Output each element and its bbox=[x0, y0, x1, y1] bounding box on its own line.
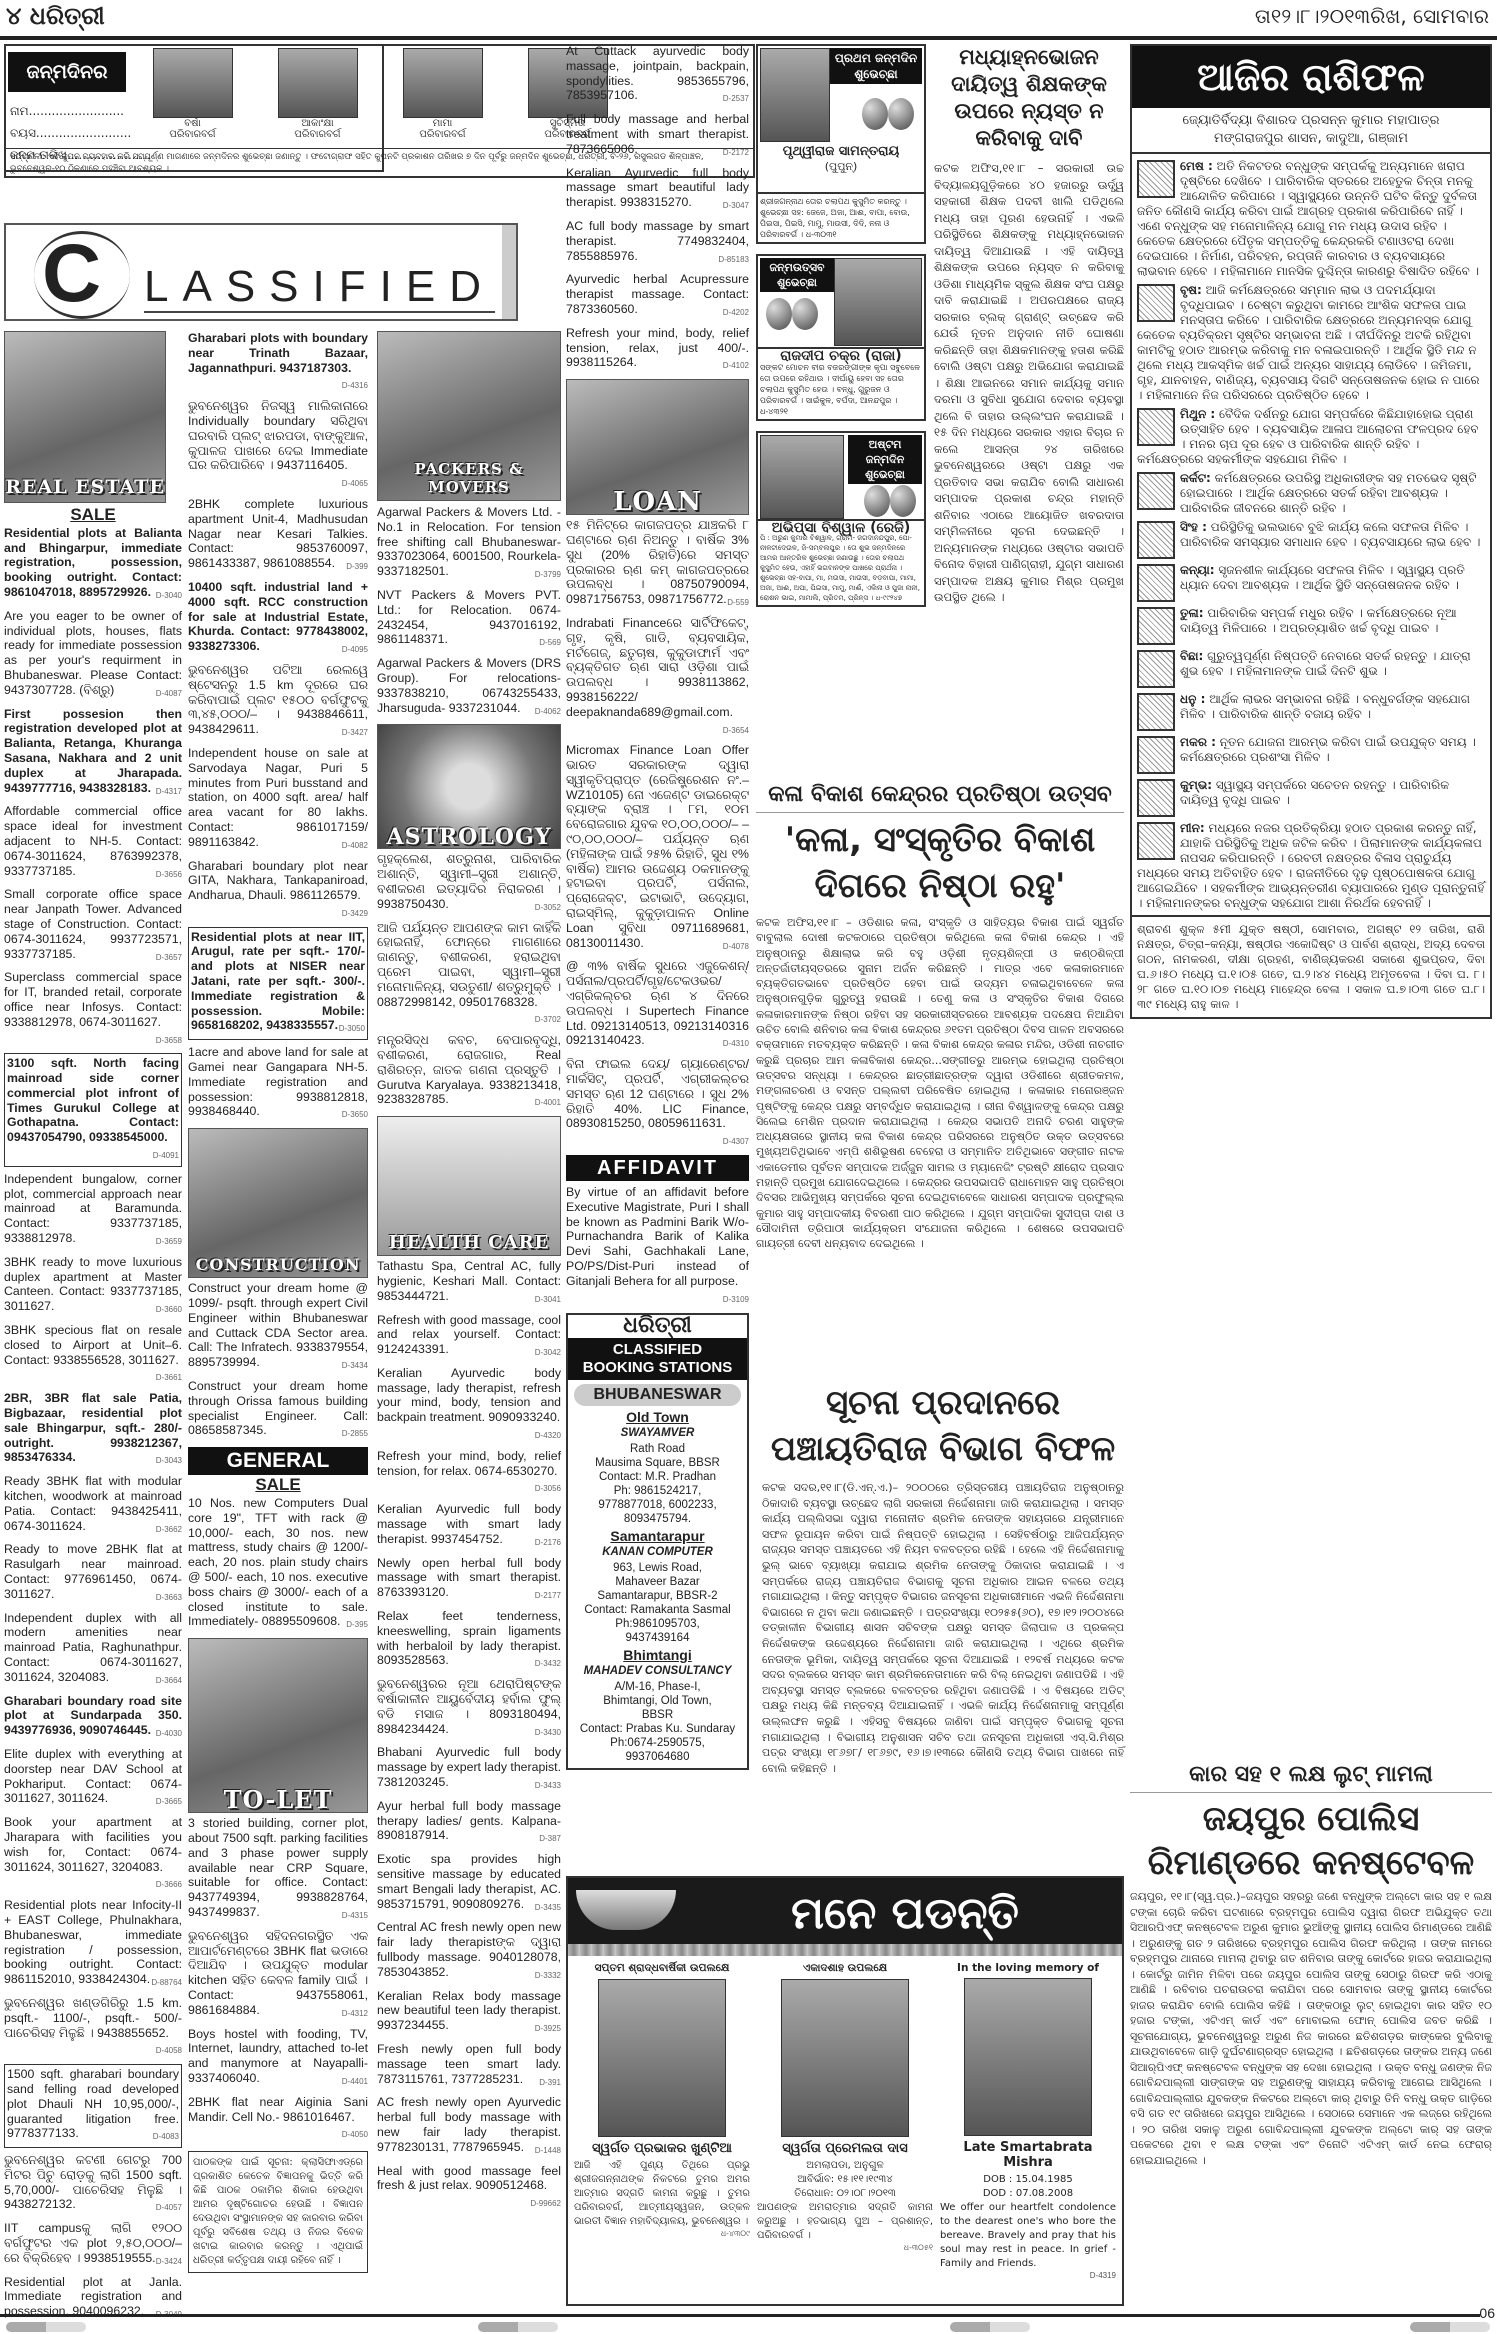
page-header: ୪ ଧରିତ୍ରୀ ତା୧୨।୮।୨୦୧୩ରିଖ, ସୋମବାର bbox=[0, 0, 1497, 34]
classified-ad: @ ୩% ବାର୍ଷିକ ସୁଧରେ ଏଜୁକେଶନ୍/ ପର୍ସନାଲ/ପ୍ର… bbox=[566, 959, 749, 1052]
rashi-entry: ବିଛା: ଗୁରୁତ୍ୱପୂର୍ଣ୍ଣ ନିଷ୍ପତ୍ତି ନେବାରେ ସତ… bbox=[1137, 649, 1485, 688]
construction-image: CONSTRUCTION bbox=[188, 1128, 368, 1278]
kid-card: ମାମାପରିବାରବର୍ଗ bbox=[403, 48, 483, 148]
page-label: ୪ ଧରିତ୍ରୀ bbox=[6, 2, 105, 30]
classified-ad: Independent house on sale at Sarvodaya N… bbox=[188, 746, 368, 854]
article-body: ଜୟପୁର, ୧୧।୮(ସ୍ୱ.ପ୍ର.)–ଜୟପୁର ସହରରୁ ଜଣେ ବନ… bbox=[1130, 1889, 1492, 2168]
classified-ad: Independent bungalow, corner plot, comme… bbox=[4, 1172, 182, 1250]
memorial-card: ଏକାଦଶାହ ଉପଲକ୍ଷେସ୍ୱର୍ଗତା ପ୍ରେମଲତା ଦାସଅମଲା… bbox=[757, 1962, 933, 2280]
classified-ad: Heal with good massage feel fresh & just… bbox=[377, 2164, 561, 2212]
memorial-title: ମନେ ପଡନ୍ତି bbox=[698, 1886, 1112, 1942]
wish-card: ଜନ୍ମଉତ୍ସବ ଶୁଭେଚ୍ଛା bbox=[756, 254, 926, 349]
rashi-entry: ବୃଷ: ଆଜି କର୍ମକ୍ଷେତ୍ରରେ ସମ୍ମାନ ଲାଭ ଓ ପଦମର… bbox=[1137, 283, 1485, 403]
header-rule bbox=[0, 36, 1497, 40]
classified-ad: Keralian Ayurvedic full body massage sma… bbox=[566, 166, 749, 214]
rashi-entry: କନ୍ୟା: ସୃଜନଶୀଳ କାର୍ଯ୍ୟରେ ସଫଳତା ମିଳିବ । ସ… bbox=[1137, 563, 1485, 602]
booking-title: CLASSIFIEDBOOKING STATIONS bbox=[568, 1338, 747, 1380]
zodiac-sign-icon bbox=[1137, 160, 1175, 198]
classified-ad: Ready to move 2BHK flat at Rasulgarh nea… bbox=[4, 1542, 182, 1605]
rashi-entry: ତୁଳା: ପାରିବାରିକ ସମ୍ପର୍କ ମଧୁର ରହିବ । କର୍ମ… bbox=[1137, 606, 1485, 645]
wish-card: ପ୍ରଥମ ଜନ୍ମଦିନ ଶୁଭେଚ୍ଛା ପୃଥ୍ୱୀରାଜ ସାମନ୍ତର… bbox=[756, 44, 926, 194]
booking-stations: ଧରିତ୍ରୀ CLASSIFIEDBOOKING STATIONS BHUBA… bbox=[566, 1313, 749, 1770]
memorial-section: ମନେ ପଡନ୍ତି ସପ୍ତମ ଶ୍ରାଦ୍ଧବାର୍ଷିକୀ ଉପଲକ୍ଷେ… bbox=[566, 1876, 1124, 2306]
classified-ad: ଭୁବନେଶ୍ୱର ନିଜସ୍ୱ ମାଲିକାନାରେ Individually… bbox=[188, 399, 368, 492]
rashi-entry: ମୀନ: ମଧ୍ୟରେ ନଜର ପ୍ରତିକ୍ରିୟା ହଠାତ ପ୍ରକାଶ … bbox=[1137, 821, 1485, 911]
classified-ad: 1acre and above land for sale at Gamei n… bbox=[188, 1045, 368, 1123]
issue-date: ତା୧୨।୮।୨୦୧୩ରିଖ, ସୋମବାର bbox=[1255, 4, 1489, 28]
horoscope-section: ଆଜିର ରାଶିଫଳ ଜ୍ୟୋତିର୍ବିଦ୍ୟା ବିଶାରଦ ପ୍ରସନ୍… bbox=[1130, 44, 1492, 1019]
zodiac-sign-icon bbox=[1137, 408, 1175, 446]
memorial-banner: ମନେ ପଡନ୍ତି bbox=[568, 1878, 1122, 1956]
booking-station: BhimtangiMAHADEV CONSULTANCYA/M-16, Phas… bbox=[568, 1648, 747, 1764]
classified-ad: Keralian Relax body massage new beautifu… bbox=[377, 1989, 561, 2037]
classified-ad: ଭୁବନେଶ୍ୱର କଟଣୀ ଗେଟରୁ 700 ମିଟର ପିଚୁ ରୋଡ଼କ… bbox=[4, 2153, 182, 2216]
classified-ad: Independent duplex with all modern ameni… bbox=[4, 1611, 182, 1689]
wish-message: ଶ୍ରୀଜଗନ୍ନାଥ ତୋର ଚଲାପଥ କୁସୁମିତ କରନ୍ତୁ । ଶ… bbox=[756, 194, 926, 244]
astrology-image: ASTROLOGY bbox=[377, 724, 561, 849]
panjika: ଶ୍ରାବଣ ଶୁକ୍ଳ ୫ମୀ ଯୁକ୍ତ ଷଷ୍ଠୀ, ସୋମବାର, ଅଗ… bbox=[1132, 915, 1490, 1017]
zodiac-sign-icon bbox=[1137, 779, 1175, 817]
classified-ad: Central AC fresh newly open new fair lad… bbox=[377, 1920, 561, 1983]
headline: ସୂଚନା ପ୍ରଦାନରେ ପଞ୍ଚାୟତିରାଜ ବିଭାଗ ବିଫଳ bbox=[762, 1380, 1124, 1472]
memorial-card: In the loving memory ofLate Smartabrata … bbox=[940, 1962, 1116, 2280]
classified-ad: Elite duplex with everything at doorstep… bbox=[4, 1747, 182, 1810]
horoscope-title: ଆଜିର ରାଶିଫଳ bbox=[1132, 46, 1490, 108]
headline: ଜୟପୁର ପୋଲିସ ରିମାଣ୍ଡରେ କନଷ୍ଟେବଳ bbox=[1130, 1797, 1492, 1885]
kid-card: ବର୍ଷାପରିବାରବର୍ଗ bbox=[153, 48, 233, 148]
classified-ad: 3100 sqft. North facing mainroad side co… bbox=[4, 1053, 182, 1167]
rashi-entry: ମେଷ : ଅତି ନିକଟତର ବନ୍ଧୁଙ୍କ ସମ୍ପର୍କକୁ ଅନ୍ୟ… bbox=[1137, 159, 1485, 279]
classified-ad: ଗୃହକ୍ଲେଶ, ଶତ୍ରୁନାଶ, ପାରିବାରିକ ଅଶାନ୍ତି, ସ… bbox=[377, 852, 561, 915]
general-heading: GENERAL bbox=[188, 1447, 368, 1475]
classified-ad: 2BR, 3BR flat sale Patia, Bigbazaar, res… bbox=[4, 1391, 182, 1469]
sale-heading: SALE bbox=[4, 508, 182, 523]
scrollbar-thumb[interactable] bbox=[1410, 2322, 1490, 2332]
classified-ad: Full body massage and herbal treatment w… bbox=[566, 112, 749, 160]
article-body: କଟକ ଅଫିସ,୧୧।୮ – ଓଡିଶାର କଳା, ସଂସ୍କୃତି ଓ ସ… bbox=[756, 915, 1124, 1252]
classified-ad: Relax feet tenderness, kneeswelling, spr… bbox=[377, 1609, 561, 1672]
scrollbar-thumb[interactable] bbox=[6, 2322, 86, 2332]
classified-ad: Refresh your mind, body, relief tension,… bbox=[377, 1449, 561, 1497]
classified-ad: 2BHK complete luxurious apartment Unit-4… bbox=[188, 497, 368, 575]
wish-card: ଅଷ୍ଟମ ଜନ୍ମଦିନ ଶୁଭେଚ୍ଛା bbox=[756, 431, 926, 521]
classified-ad: Keralian Ayurvedic full body massage wit… bbox=[377, 1502, 561, 1550]
classified-ad: ଭୁବନେଶ୍ୱରର ନୂଆ ଥେରାପିଷ୍ଟଙ୍କ ବର୍ଷାକାଳୀନ ଆ… bbox=[377, 1677, 561, 1740]
loan-image: LOAN bbox=[566, 379, 749, 515]
kicker: କାର ସହ ୧ ଲକ୍ଷ ଲୁଟ୍ ମାମଲା bbox=[1130, 1760, 1492, 1793]
classified-ad: First possesion then registration develo… bbox=[4, 707, 182, 800]
wish-message: ରାଜଦୀପ ଚକ୍ର (ରାଜା)ସଙ୍କଟ ମୋଚନ ବୀର ବଜରଙ୍ଗୀ… bbox=[756, 349, 926, 421]
classified-ad: Construct your dream home through Orissa… bbox=[188, 1379, 368, 1442]
to-let-image: TO-LET bbox=[188, 1638, 368, 1813]
classified-ad: Residential plots at near IIT, Arugul, r… bbox=[188, 927, 368, 1041]
classified-ad: Exotic spa provides high sensitive massa… bbox=[377, 1852, 561, 1915]
balloons-icon bbox=[766, 298, 818, 335]
rashi-entry: କୁମ୍ଭ: ସ୍ୱାସ୍ଥ୍ୟ ସମ୍ପର୍କରେ ସଚେତନ ରହନ୍ତୁ … bbox=[1137, 778, 1485, 817]
affidavit-heading: AFFIDAVIT bbox=[566, 1155, 749, 1181]
wishes-column: ପ୍ରଥମ ଜନ୍ମଦିନ ଶୁଭେଚ୍ଛା ପୃଥ୍ୱୀରାଜ ସାମନ୍ତର… bbox=[756, 44, 926, 607]
classified-ad: AC fresh newly open Ayurvedic herbal ful… bbox=[377, 2095, 561, 2158]
classified-ad: Superclass commercial space for IT, bran… bbox=[4, 970, 182, 1048]
classified-ad: Construct your dream home @ 1099/- psqft… bbox=[188, 1281, 368, 1374]
kid-photo bbox=[278, 48, 358, 118]
classified-ad: 1500 sqft. gharabari boundary sand felli… bbox=[4, 2064, 182, 2148]
classified-ad: Book your apartment at Jharapara with fa… bbox=[4, 1815, 182, 1893]
column-3: Agarwal Packers & Movers Ltd. - No.1 in … bbox=[377, 505, 561, 2217]
booking-logo: ଧରିତ୍ରୀ bbox=[568, 1315, 747, 1338]
rashi-entry: ମିଥୁନ : ବୈଦିକ ଦର୍ଶନରୁ ଯୋଗ ସମ୍ପର୍କରେ କିଛି… bbox=[1137, 407, 1485, 467]
classified-ad: NVT Packers & Movers PVT. Ltd.: for Relo… bbox=[377, 588, 561, 651]
classified-ad: Bhabani Ayurvedic full body massage by e… bbox=[377, 1745, 561, 1793]
article-body: କଟକ ସଦର,୧୧।୮(ଡି.ଏନ୍.ଏ.)– ୨୦୦୦ରେ ତ୍ରିସ୍ତର… bbox=[762, 1480, 1124, 1776]
booking-station: SamantarapurKANAN COMPUTER963, Lewis Roa… bbox=[568, 1529, 747, 1645]
zodiac-sign-icon bbox=[1137, 564, 1175, 602]
rashi-entry: ମକର : ନୂତନ ଯୋଜନା ଆରମ୍ଭ କରିବା ପାଇଁ ଉପଯୁକ୍… bbox=[1137, 735, 1485, 774]
news-jaypur-police: କାର ସହ ୧ ଲକ୍ଷ ଲୁଟ୍ ମାମଲା ଜୟପୁର ପୋଲିସ ରିମ… bbox=[1130, 1760, 1492, 2168]
classified-banner: C LASSIFIED bbox=[4, 223, 518, 321]
classified-ad: Affordable commercial office space ideal… bbox=[4, 804, 182, 882]
classified-ad: 3BHK ready to move luxurious duplex apar… bbox=[4, 1255, 182, 1318]
flower-garland bbox=[568, 1944, 1122, 1956]
kid-card: ଆକାଂକ୍ଷାପରିବାରବର୍ଗ bbox=[278, 48, 358, 148]
diya-lamp-icon bbox=[576, 1890, 676, 1930]
zodiac-sign-icon bbox=[1137, 284, 1175, 322]
real-estate-image: REAL ESTATE bbox=[4, 331, 166, 503]
kid-photo bbox=[403, 48, 483, 118]
classified-ad: Are you eager to be owner of individual … bbox=[4, 609, 182, 702]
classified-ad: Residential plots near Infocity-II + EAS… bbox=[4, 1898, 182, 1991]
wish-photo bbox=[834, 258, 922, 346]
classified-ad: Ready 3BHK flat with modular kitchen, wo… bbox=[4, 1474, 182, 1537]
astrologer-credit: ଜ୍ୟୋତିର୍ବିଦ୍ୟା ବିଶାରଦ ପ୍ରସନ୍ନ କୁମାର ମହାପ… bbox=[1132, 108, 1490, 154]
zodiac-sign-icon bbox=[1137, 607, 1175, 645]
column-2: Gharabari plots with boundary near Trina… bbox=[188, 331, 368, 2273]
classified-ad: IIT campusକୁ ଲାଗି ୧୨୦୦ ବର୍ଗଫୁଟର ଏକ plot … bbox=[4, 2221, 182, 2269]
classified-ad: ଭୁବନେଶ୍ୱର ସହିଦନଗରସ୍ଥିତ ଏକ ଆପାର୍ଟମେଣ୍ଟରେ … bbox=[188, 1929, 368, 2022]
classified-ad: ବିନା ଫାଇଲ ଦେୟ/ ଗ୍ୟାରେଣ୍ଟର/ ମାର୍କସିଟ୍, ପ୍… bbox=[566, 1057, 749, 1150]
scrollbar-thumb[interactable] bbox=[950, 2322, 1030, 2332]
zodiac-sign-icon bbox=[1137, 472, 1175, 510]
zodiac-sign-icon bbox=[1137, 650, 1175, 688]
booking-city: BHUBANESWAR bbox=[574, 1384, 741, 1406]
classified-ad: Ayurvedic herbal Acupressure therapist m… bbox=[566, 272, 749, 320]
column-4: At Cuttack ayurvedic body massage, joint… bbox=[566, 44, 749, 1770]
wish-message: ଅଭିପ୍ସା ବିଶ୍ୱାଳ (ରେଜି)ପି : ଅରୁଣ କୁମାର ବି… bbox=[756, 521, 926, 607]
birthday-kids: ବର୍ଷାପରିବାରବର୍ଗ ଆକାଂକ୍ଷାପରିବାରବର୍ଗ ମାମାପ… bbox=[130, 48, 630, 148]
footer-rule bbox=[0, 2314, 1480, 2317]
article-body: କଟକ ଅଫିସ,୧୧।୮ – ସରକାରୀ ଉଚ୍ଚ ବିଦ୍ୟାଳୟଗୁଡ଼… bbox=[934, 160, 1124, 606]
classified-ad: Boys hostel with fooding, TV, Internet, … bbox=[188, 2027, 368, 2090]
zodiac-sign-icon bbox=[1137, 693, 1175, 731]
classified-ad: Agarwal Packers & Movers (DRS Group). Fo… bbox=[377, 656, 561, 719]
classified-ad: Micromax Finance Loan Offer ଭାରତ ସରକାରଙ୍… bbox=[566, 743, 749, 954]
reader-notice: ପାଠକଙ୍କ ପାଇଁ ସୂଚନା: କ୍ଲାସିଫାଏଡ୍‌ରେ ପ୍ରକା… bbox=[188, 2151, 368, 2273]
classified-ad: 2BHK flat near Aiginia Sani Mandir. Cell… bbox=[188, 2095, 368, 2143]
classified-ad: Gharabari boundary plot near GITA, Nakha… bbox=[188, 859, 368, 922]
kicker: କଳା ବିକାଶ କେନ୍ଦ୍ରର ପ୍ରତିଷ୍ଠା ଉତ୍ସବ bbox=[756, 780, 1124, 813]
classified-ad: 10 Nos. new Computers Dual core 19", TFT… bbox=[188, 1496, 368, 1633]
packers-movers-image: PACKERS & MOVERS bbox=[377, 331, 561, 501]
affidavit-ad: By virtue of an affidavit before Executi… bbox=[566, 1185, 749, 1307]
classified-ad: ୧୫ ମିନିଟ୍‌ରେ କାଗଜପତ୍ର ଯାଞ୍ଚକରି ୮ ଘଣ୍ଟାରେ… bbox=[566, 518, 749, 611]
classified-ad: Residential plots at Balianta and Bhinga… bbox=[4, 526, 182, 604]
classified-ad: Refresh your mind, body, relief tension,… bbox=[566, 326, 749, 374]
zodiac-sign-icon bbox=[1137, 521, 1175, 559]
classified-ad: At Cuttack ayurvedic body massage, joint… bbox=[566, 44, 749, 107]
classified-ad: Gharabari boundary road site plot at Sun… bbox=[4, 1694, 182, 1742]
news-panchayatiraj: ସୂଚନା ପ୍ରଦାନରେ ପଞ୍ଚାୟତିରାଜ ବିଭାଗ ବିଫଳ କଟ… bbox=[762, 1380, 1124, 1776]
general-sale-heading: SALE bbox=[188, 1478, 368, 1493]
classified-ad: Fresh newly open full body massage teen … bbox=[377, 2042, 561, 2090]
booking-station: Old TownSWAYAMVERRath RoadMausima Square… bbox=[568, 1410, 747, 1526]
headline: 'କଳା, ସଂସ୍କୃତିର ବିକାଶ ଦିଗରେ ନିଷ୍ଠା ରହୁ' bbox=[756, 817, 1124, 909]
kid-photo bbox=[153, 48, 233, 118]
rashi-entry: କର୍କଟ: କର୍ମକ୍ଷେତ୍ରରେ ଉପରିସ୍ଥ ଅଧିକାରୀଙ୍କ … bbox=[1137, 471, 1485, 516]
classified-ad: Refresh with good massage, cool and rela… bbox=[377, 1313, 561, 1361]
classified-ad: Tathastu Spa, Central AC, fully hygienic… bbox=[377, 1259, 561, 1307]
news-midday-meal: ମଧ୍ୟାହ୍ନଭୋଜନ ଦାୟିତ୍ୱ ଶିକ୍ଷକଙ୍କ ଉପରେ ନ୍ୟସ… bbox=[934, 44, 1124, 606]
zodiac-sign-icon bbox=[1137, 822, 1175, 860]
classified-ad: Agarwal Packers & Movers Ltd. - No.1 in … bbox=[377, 505, 561, 583]
memorial-photo bbox=[598, 1979, 726, 2137]
health-care-image: HEALTH CARE bbox=[377, 1116, 561, 1256]
real-estate-column: SALE Residential plots at Balianta and B… bbox=[4, 505, 182, 2328]
news-kala-vikash: କଳା ବିକାଶ କେନ୍ଦ୍ରର ପ୍ରତିଷ୍ଠା ଉତ୍ସବ 'କଳା,… bbox=[756, 780, 1124, 1252]
rashi-entry: ସିଂହ : ପରିସ୍ଥିତିକୁ ଭଲଭାବେ ବୁଝି କାର୍ଯ୍ୟ କ… bbox=[1137, 520, 1485, 559]
classified-ad: 3 storied building, corner plot, about 7… bbox=[188, 1816, 368, 1924]
classified-ad: Gharabari plots with boundary near Trina… bbox=[188, 331, 368, 394]
wish-photo bbox=[760, 48, 830, 142]
classified-ad: Indrabati Financeରେ ସାର୍ଟିଫିକେଟ୍, ଗୃହ, କ… bbox=[566, 616, 749, 738]
balloons-icon bbox=[862, 98, 914, 135]
zodiac-sign-icon bbox=[1137, 736, 1175, 774]
classified-ad: AC full body massage by smart therapist.… bbox=[566, 219, 749, 267]
headline: ମଧ୍ୟାହ୍ନଭୋଜନ ଦାୟିତ୍ୱ ଶିକ୍ଷକଙ୍କ ଉପରେ ନ୍ୟସ… bbox=[934, 44, 1124, 152]
classified-ad: 10400 sqft. industrial land + 4000 sqft.… bbox=[188, 580, 368, 658]
memorial-card: ସପ୍ତମ ଶ୍ରାଦ୍ଧବାର୍ଷିକୀ ଉପଲକ୍ଷେସ୍ୱର୍ଗତ ପ୍ର… bbox=[574, 1962, 750, 2280]
wish-photo bbox=[760, 435, 844, 519]
classified-ad: 3BHK specious flat on resale closed to A… bbox=[4, 1323, 182, 1386]
classified-ad: ମନ୍ତ୍ରସିଦ୍ଧ କବଚ, ବେପାରବୃଦ୍ଧି, ବଶୀକରଣ, ରୋ… bbox=[377, 1033, 561, 1111]
classified-ad: Ayur herbal full body massage therapy la… bbox=[377, 1799, 561, 1847]
classified-ad: ଆଜି ପର୍ଯ୍ୟନ୍ତ ଆପଣଙ୍କ କାମ କାହିଁକି ହୋଇନାହି… bbox=[377, 921, 561, 1029]
classified-ad: ଭୁବନେଶ୍ୱର ଖଣ୍ଡଗିରିରୁ 1.5 km. psqft.- 110… bbox=[4, 1996, 182, 2059]
memorial-photo bbox=[781, 1979, 909, 2137]
scrollbar-thumb[interactable] bbox=[478, 2322, 558, 2332]
page-number: 06 bbox=[1479, 2305, 1495, 2321]
rashi-entry: ଧନୁ : ଆର୍ଥିକ ଲାଭର ସମ୍ଭାବନା ରହିଛି । ବନ୍ଧୁ… bbox=[1137, 692, 1485, 731]
memorial-photo bbox=[964, 1978, 1092, 2136]
classified-ad: Small corporate office space near Janpat… bbox=[4, 887, 182, 965]
classified-ad: Keralian Ayurvedic body massage, lady th… bbox=[377, 1366, 561, 1444]
classified-ad: ଭୁବନେଶ୍ୱର ପଟିଆ ରେଲୱେ ଷ୍ଟେସନରୁ 1.5 km ଦୂର… bbox=[188, 663, 368, 741]
classified-ad: Newly open herbal full body massage with… bbox=[377, 1556, 561, 1604]
balloons-icon bbox=[864, 485, 916, 522]
